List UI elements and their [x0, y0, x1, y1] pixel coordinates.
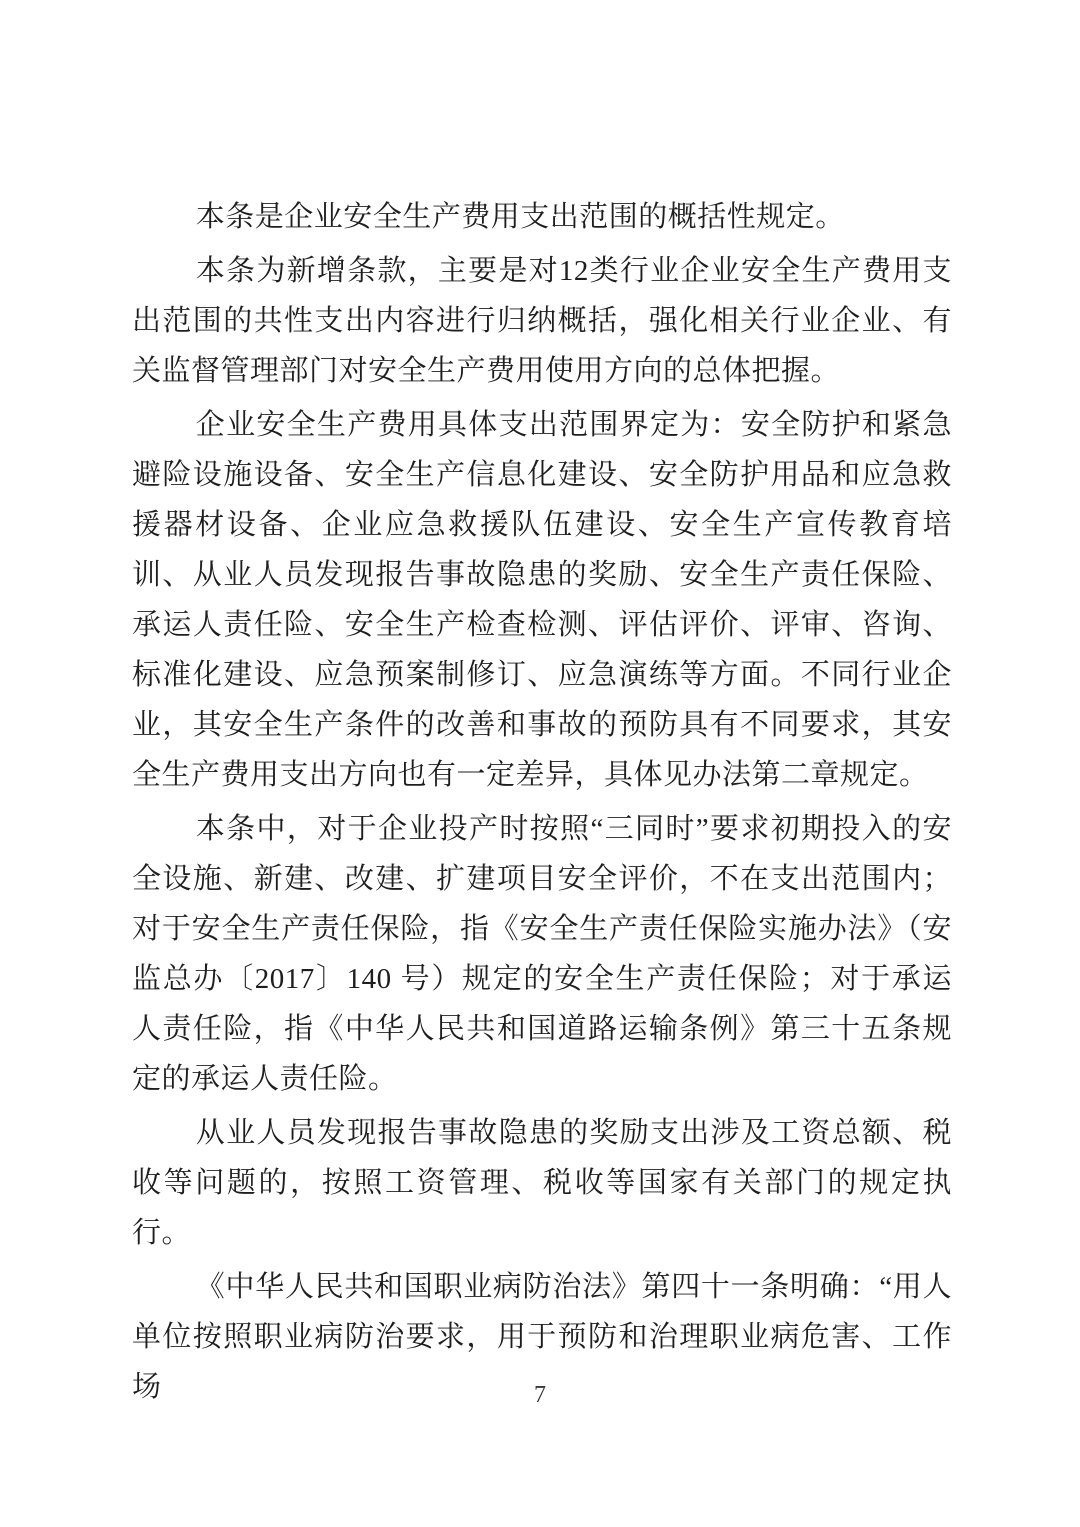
- paragraph-expense-scope: 企业安全生产费用具体支出范围界定为：安全防护和紧急避险设施设备、安全生产信息化建…: [132, 400, 952, 800]
- paragraph-overview: 本条是企业安全生产费用支出范围的概括性规定。: [132, 192, 952, 242]
- paragraph-reward-expense: 从业人员发现报告事故隐患的奖励支出涉及工资总额、税收等问题的，按照工资管理、税收…: [132, 1108, 952, 1258]
- document-page: 本条是企业安全生产费用支出范围的概括性规定。 本条为新增条款，主要是对12类行业…: [0, 0, 1080, 1527]
- document-body: 本条是企业安全生产费用支出范围的概括性规定。 本条为新增条款，主要是对12类行业…: [132, 192, 952, 1416]
- paragraph-exclusions: 本条中，对于企业投产时按照“三同时”要求初期投入的安全设施、新建、改建、扩建项目…: [132, 804, 952, 1104]
- page-number: 7: [0, 1382, 1080, 1409]
- paragraph-new-clause: 本条为新增条款，主要是对12类行业企业安全生产费用支出范围的共性支出内容进行归纳…: [132, 246, 952, 396]
